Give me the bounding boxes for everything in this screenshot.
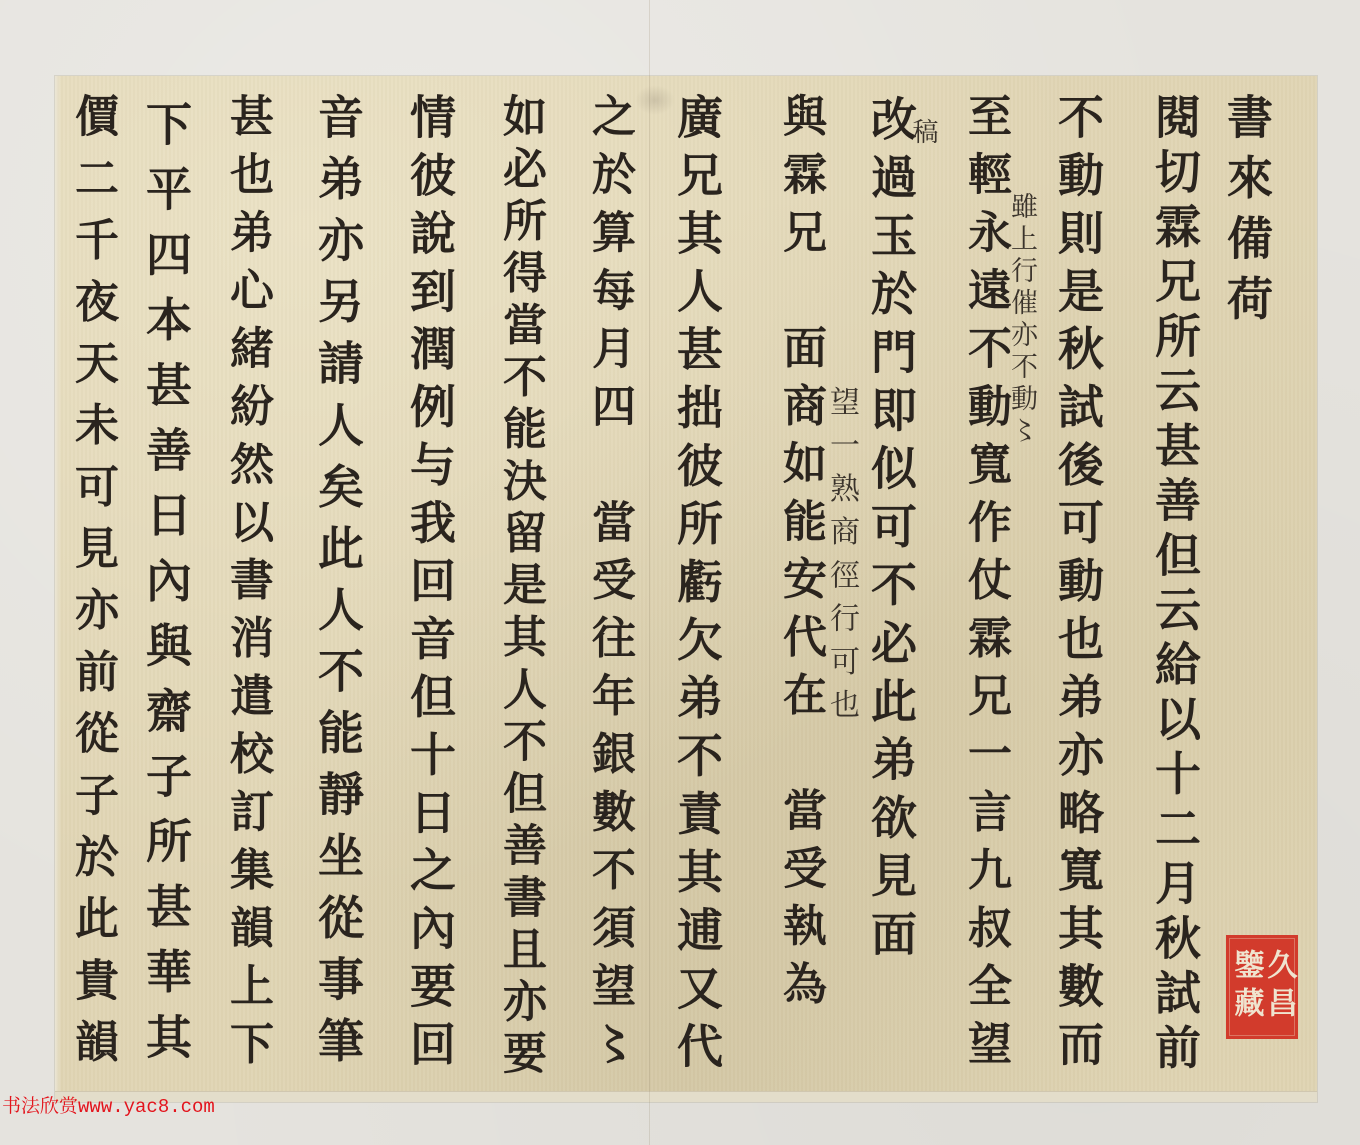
- text-column-9: 如必所得當不能決留是其人不但善書且亦要: [498, 93, 542, 1082]
- text-column-14: 價二千夜天未可見亦前從子於此貴韻: [70, 93, 114, 1080]
- text-column-10: 情彼說到潤例与我回音但十日之內要回: [407, 93, 453, 1078]
- watermark-site-name: 书法欣赏: [2, 1096, 78, 1118]
- text-column-12: 甚也弟心緒紛然以書消遣校訂集韻上下: [225, 93, 269, 1078]
- text-column-5: 改過玉於門即似可不必此弟欲見面: [868, 95, 914, 968]
- paper-bottom-margin: [55, 1091, 1317, 1102]
- ink-smudge: [635, 85, 675, 115]
- text-column-11: 音弟亦另請人矣此人不能靜坐從事筆: [315, 93, 361, 1078]
- text-column-1: 書來備荷: [1224, 93, 1270, 335]
- text-column-4: 至輕永遠不動寬作仗霖兄一言九叔全望: [963, 93, 1007, 1078]
- text-column-8: 之於算每月四 當受往年銀數不須望〻: [587, 93, 631, 1078]
- marginal-note-1: 雖上行催亦不動〻: [1008, 192, 1035, 448]
- watermark: 书法欣赏www.yac8.com: [2, 1096, 215, 1118]
- marginal-note-3: 望一熟商徑行可也: [826, 386, 856, 732]
- text-column-2: 閱切霖兄所云甚善但云給以十二月秋試前: [1152, 93, 1198, 1078]
- text-column-7: 廣兄其人甚拙彼所虧欠弟不責其逋又代: [674, 93, 720, 1080]
- paper-edge: [55, 76, 61, 1092]
- text-column-13: 下平四本甚善日內與齋子所甚華其: [143, 100, 189, 1078]
- collector-seal: 久昌 鑒藏: [1226, 935, 1298, 1039]
- marginal-note-2: 稿: [910, 118, 936, 148]
- text-column-3: 不動則是秋試後可動也弟亦略寬其數而: [1055, 93, 1101, 1078]
- text-column-6: 與霖兄 面商如能安代在 當受執為: [778, 93, 822, 1018]
- seal-text-right: 久昌: [1264, 949, 1294, 1025]
- seal-text-left: 鑒藏: [1231, 949, 1261, 1025]
- watermark-url: www.yac8.com: [78, 1096, 215, 1118]
- paper-seam: [649, 0, 650, 1145]
